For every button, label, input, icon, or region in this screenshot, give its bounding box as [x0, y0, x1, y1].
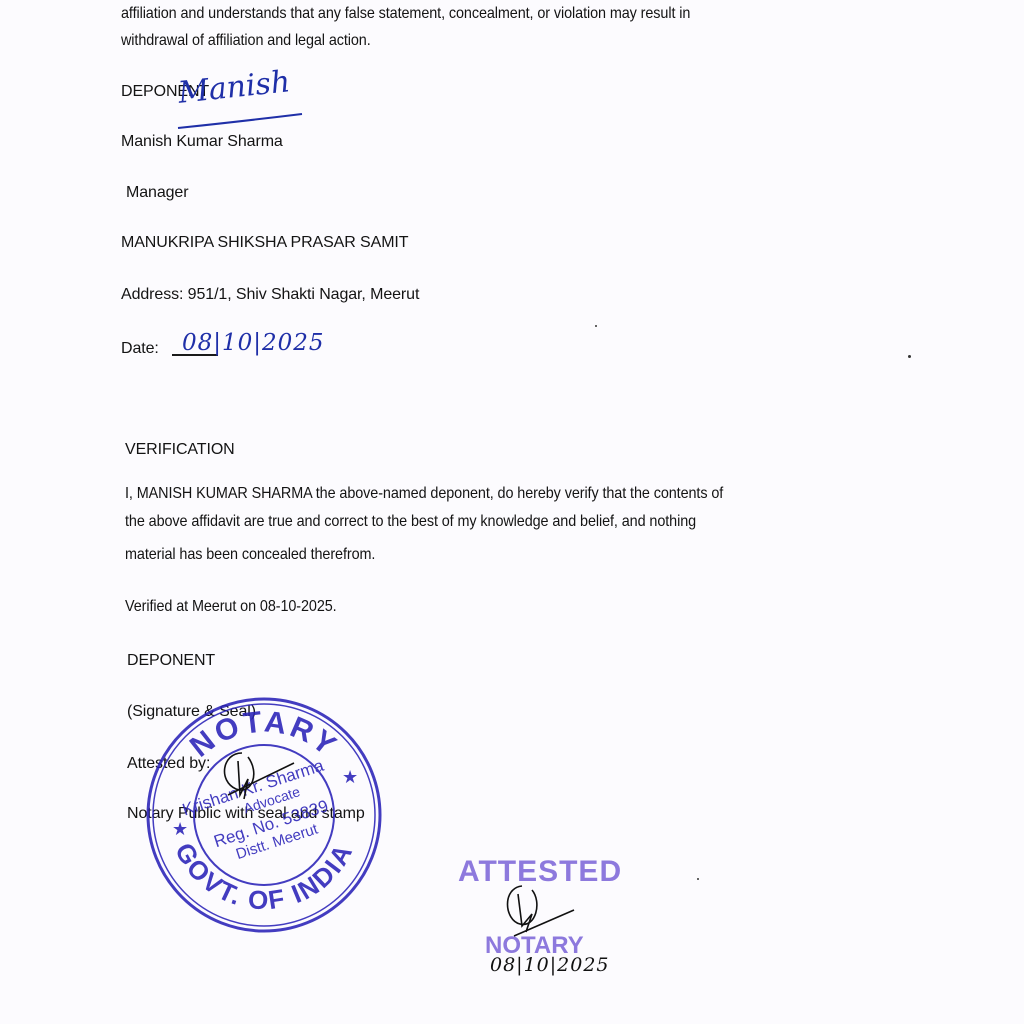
- date-handwritten: 08|10|2025: [182, 330, 325, 356]
- attested-stamp-date: 08|10|2025: [490, 954, 610, 976]
- verification-heading: VERIFICATION: [125, 440, 235, 460]
- deponent-name: Manish Kumar Sharma: [121, 132, 283, 152]
- deponent-signature: Manish: [176, 64, 291, 111]
- date-label: Date:: [121, 339, 159, 359]
- organization-name: MANUKRIPA SHIKSHA PRASAR SAMIT: [121, 233, 408, 253]
- verification-line-3: material has been concealed therefrom.: [125, 545, 375, 565]
- scan-speck: [908, 355, 911, 358]
- seal-star-right: ★: [342, 767, 358, 787]
- intro-line-1: affiliation and understands that any fal…: [121, 4, 690, 24]
- deponent-address: Address: 951/1, Shiv Shakti Nagar, Meeru…: [121, 285, 419, 305]
- affidavit-page: affiliation and understands that any fal…: [0, 0, 1024, 1024]
- deponent-label: DEPONENT: [127, 651, 215, 671]
- intro-line-2: withdrawal of affiliation and legal acti…: [121, 31, 371, 51]
- verification-line-1: I, MANISH KUMAR SHARMA the above-named d…: [125, 484, 723, 504]
- scan-speck: [697, 878, 699, 880]
- verified-at-line: Verified at Meerut on 08-10-2025.: [125, 597, 337, 617]
- notary-seal: NOTARY GOVT. OF INDIA ★ ★ Krishan Kr. Sh…: [144, 695, 384, 935]
- deponent-designation: Manager: [126, 183, 188, 203]
- seal-star-left: ★: [172, 819, 188, 839]
- verification-line-2: the above affidavit are true and correct…: [125, 512, 696, 532]
- signature-underline: [176, 112, 306, 132]
- scan-speck: [595, 325, 597, 327]
